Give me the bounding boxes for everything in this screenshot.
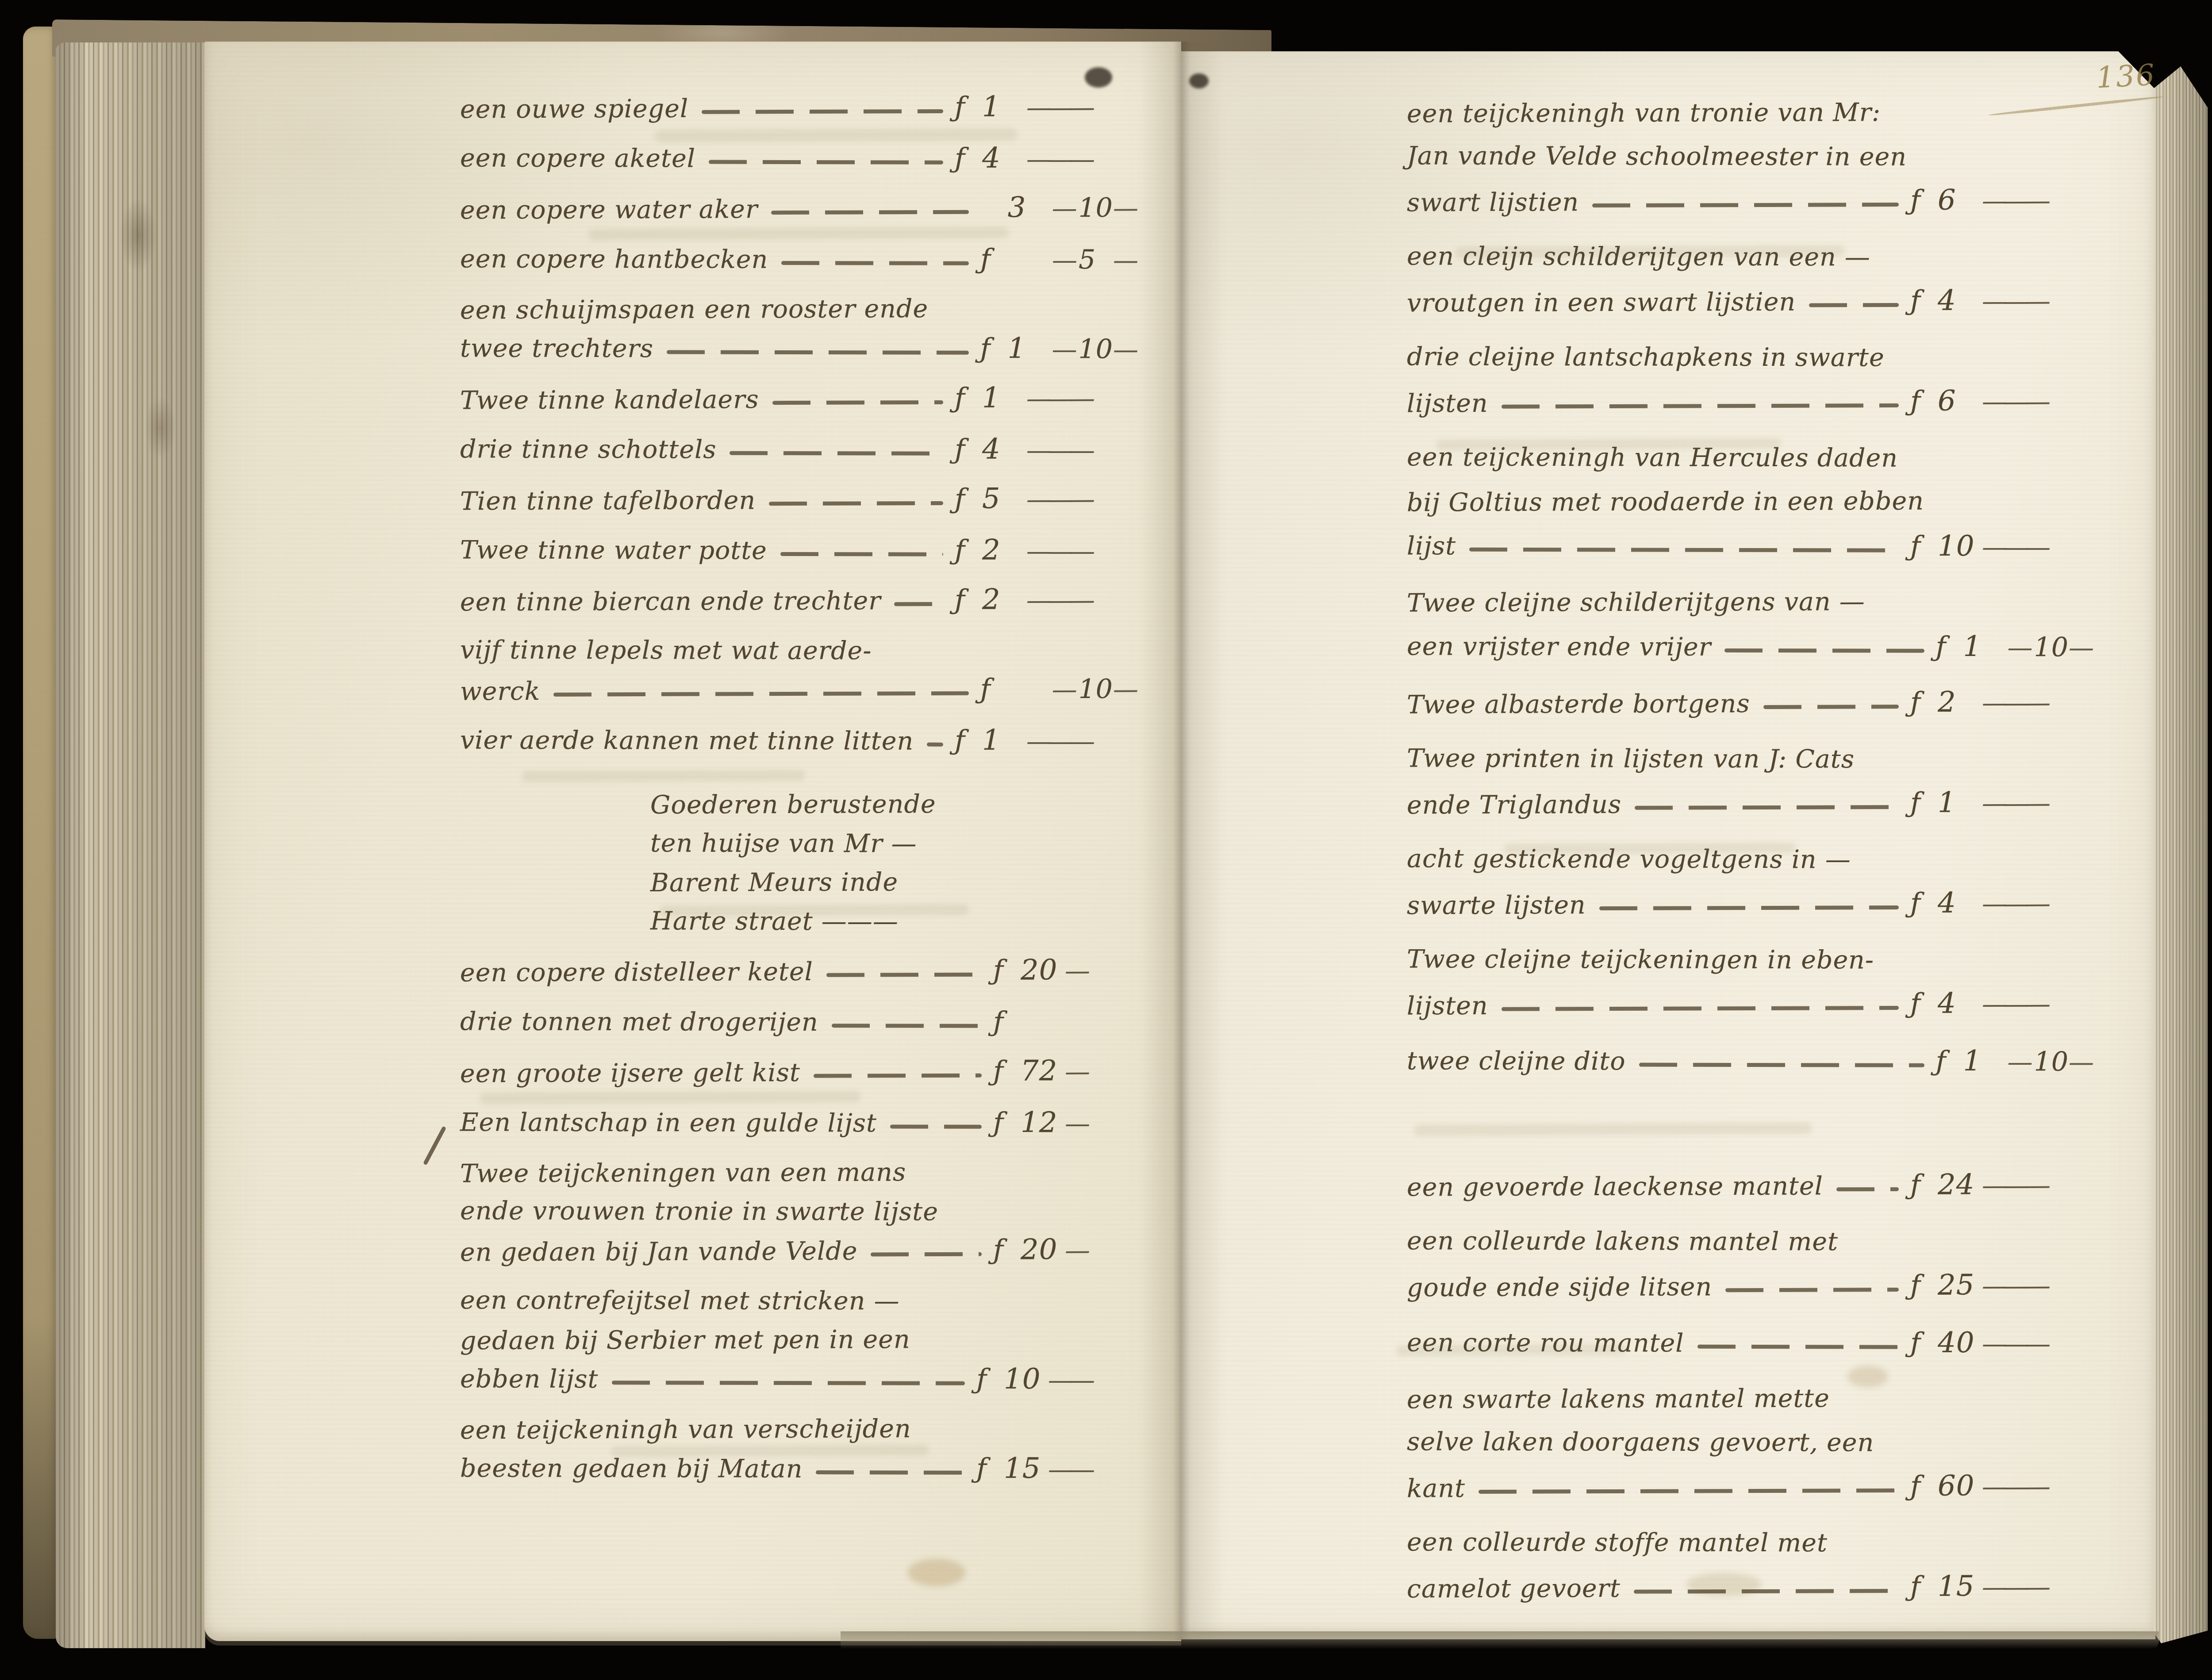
manuscript-line: vier aerde kannen met tinne litten ƒ 1 —… xyxy=(460,720,1135,761)
price-dash: ——— xyxy=(1982,882,2047,926)
guilders-amount: 10 xyxy=(1004,1360,1048,1399)
price-dash: ——— xyxy=(1982,782,2047,825)
florin-symbol: ƒ xyxy=(955,430,982,469)
item-description-text: Twee teijckeningen van een mans xyxy=(460,1153,906,1193)
item-description-text: Tien tinne tafelborden xyxy=(460,481,756,521)
guilders-amount: 2 xyxy=(982,580,1026,619)
ink-dash-leader xyxy=(1724,648,1924,652)
guilders-amount: 24 xyxy=(1938,1163,1982,1207)
item-description-text: een ouwe spiegel xyxy=(460,89,688,129)
manuscript-line: acht gestickende vogeltgens in — xyxy=(1407,837,2090,882)
guilders-amount: 1 xyxy=(1963,625,2008,669)
price-dash: ——— xyxy=(1026,379,1091,418)
manuscript-line: drie tinne schottels ƒ 4 ——— xyxy=(460,429,1135,470)
manuscript-line: een colleurde stoffe mantel met xyxy=(1407,1520,2090,1565)
manuscript-line: drie cleijne lantschapkens in swarte xyxy=(1407,335,2090,380)
guilders-amount: 3 xyxy=(1007,188,1052,227)
florin-symbol: ƒ xyxy=(955,580,982,619)
price-dash: ——— xyxy=(1982,1465,2047,1509)
item-description-text: een corte rou mantel xyxy=(1407,1321,1684,1365)
ink-dash-leader xyxy=(553,691,968,696)
folio-number: 136 xyxy=(2095,61,2156,93)
price-dash: — xyxy=(1052,670,1079,709)
manuscript-line: vroutgen in een swart lijstien ƒ 4 ——— xyxy=(1407,278,2090,326)
price-dash-end: — xyxy=(1113,670,1135,709)
ink-dash-leader xyxy=(1502,403,1899,408)
item-description-text: Twee tinne kandelaers xyxy=(460,380,759,420)
florin-symbol: ƒ xyxy=(955,479,982,518)
guilders-amount: 6 xyxy=(1938,379,1982,423)
ink-dash-leader xyxy=(1639,1062,1924,1067)
book-photograph: 136 een ouwe spiegel ƒ 1 ——— een copere … xyxy=(0,0,2212,1680)
item-description-text: Barent Meurs inde xyxy=(650,863,898,902)
florin-symbol: ƒ xyxy=(993,1230,1021,1269)
florin-symbol: ƒ xyxy=(1910,982,1938,1025)
manuscript-line: selve laken doorgaens gevoert, een xyxy=(1407,1420,2090,1465)
item-description-text: een copere water aker xyxy=(460,190,758,230)
item-description-text: een teijckeningh van Hercules daden xyxy=(1407,435,1898,480)
florin-symbol: ƒ xyxy=(1910,279,1938,322)
ink-dash-leader xyxy=(709,160,943,164)
guilders-amount: 1 xyxy=(982,378,1026,417)
item-description-text: een colleurde lakens mantel met xyxy=(1407,1219,1838,1264)
florin-symbol: ƒ xyxy=(1936,625,1963,668)
florin-symbol: ƒ xyxy=(993,1103,1021,1142)
price-dash-end: — xyxy=(1113,189,1135,228)
item-description-text: Twee albasterde bortgens xyxy=(1407,682,1750,727)
manuscript-line: lijst ƒ 10 ——— xyxy=(1407,523,2090,569)
manuscript-line: ebben lijst ƒ 10 —— xyxy=(460,1358,1135,1400)
manuscript-line: Twee albasterde bortgens ƒ 2 ——— xyxy=(1407,680,2090,727)
price-dash: — xyxy=(1052,189,1079,228)
florin-symbol: ƒ xyxy=(980,240,1008,279)
manuscript-line: swart lijstien ƒ 6 ——— xyxy=(1407,178,2090,225)
item-description-text: een swarte lakens mantel mette xyxy=(1407,1377,1830,1422)
manuscript-line: een copere distelleer ketel ƒ 20 — xyxy=(460,951,1135,993)
manuscript-line: Twee tinne water potte ƒ 2 ——— xyxy=(460,529,1135,571)
manuscript-line: camelot gevoert ƒ 15 ——— xyxy=(1407,1564,2090,1611)
paper-stain xyxy=(908,1559,965,1586)
guilders-amount: 25 xyxy=(1938,1263,1982,1307)
florin-symbol: ƒ xyxy=(1910,680,1938,724)
price-dash: ——— xyxy=(1982,525,2047,569)
ink-dash-leader xyxy=(1725,1287,1899,1292)
price-dash-end: — xyxy=(1113,241,1135,280)
guilders-amount: 60 xyxy=(1938,1464,1982,1508)
manuscript-line: een copere hantbecken ƒ — 5 — xyxy=(460,238,1135,280)
price-dash-end: — xyxy=(2069,626,2090,670)
manuscript-line: een teijckeningh van verscheijden xyxy=(460,1409,1135,1450)
guilders-amount: 15 xyxy=(1004,1449,1048,1488)
manuscript-line: swarte lijsten ƒ 4 ——— xyxy=(1407,881,2090,928)
price-dash: ——— xyxy=(1982,1264,2047,1308)
florin-symbol: ƒ xyxy=(1910,781,1938,825)
guilders-amount: 15 xyxy=(1938,1565,1982,1608)
page-bottom-edge-shadow xyxy=(841,1631,2159,1650)
manuscript-line: een cleijn schilderijtgen van een — xyxy=(1407,234,2090,280)
price-dash: ——— xyxy=(1026,88,1091,127)
manuscript-line: een contrefeijtsel met stricken — xyxy=(460,1281,1135,1321)
item-description-text: een teijckeningh van tronie van Mr: xyxy=(1407,91,1881,136)
manuscript-line: kant ƒ 60 ——— xyxy=(1407,1464,2090,1511)
florin-symbol: ƒ xyxy=(993,1002,1021,1041)
ink-dash-leader xyxy=(1634,1588,1899,1593)
florin-symbol: ƒ xyxy=(1910,1565,1938,1608)
florin-symbol: ƒ xyxy=(980,670,1007,709)
item-description-text: een colleurde stoffe mantel met xyxy=(1407,1520,1828,1565)
item-description-text: swarte lijsten xyxy=(1407,883,1586,928)
price-dash: ——— xyxy=(1026,431,1091,470)
ink-dash-leader xyxy=(1599,905,1899,910)
left-page-text-column: een ouwe spiegel ƒ 1 ——— een copere aket… xyxy=(460,77,1135,1488)
item-description-text: een gevoerde laeckense mantel xyxy=(1407,1164,1823,1209)
price-dash: ——— xyxy=(1982,982,2047,1026)
price-dash: — xyxy=(1052,330,1079,369)
item-description-text: ebben lijst xyxy=(460,1359,599,1399)
manuscript-line: goude ende sijde litsen ƒ 25 ——— xyxy=(1407,1263,2090,1310)
florin-symbol: ƒ xyxy=(955,721,982,760)
manuscript-line: een swarte lakens mantel mette xyxy=(1407,1376,2090,1422)
item-description-text: Een lantschap in een gulde lijst xyxy=(460,1103,877,1143)
price-dash: — xyxy=(1065,1231,1091,1270)
florin-symbol: ƒ xyxy=(1910,881,1938,925)
manuscript-line: Barent Meurs inde xyxy=(460,862,1135,903)
ink-dash-leader xyxy=(781,261,969,265)
item-description-text: een vrijster ende vrijer xyxy=(1407,625,1711,669)
florin-symbol: ƒ xyxy=(955,139,982,178)
price-dash: — xyxy=(1065,951,1091,990)
ink-dash-leader xyxy=(816,1470,965,1475)
item-description-text: camelot gevoert xyxy=(1407,1567,1621,1611)
guilders-amount: 20 xyxy=(1021,1230,1065,1269)
florin-symbol: ƒ xyxy=(955,88,982,127)
item-description-text: ten huijse van Mr — xyxy=(650,824,917,863)
ink-dash-leader xyxy=(730,451,943,455)
item-description-text: Twee cleijne teijckeningen in eben- xyxy=(1407,937,1874,982)
manuscript-line: twee trechters ƒ 1 — 10 — xyxy=(460,328,1135,369)
price-dash: ——— xyxy=(1982,179,2047,223)
item-description-text: ende vrouwen tronie in swarte lijste xyxy=(460,1191,938,1231)
price-dash: — xyxy=(2008,626,2034,670)
ink-dash-leader xyxy=(890,1124,982,1128)
florin-symbol: ƒ xyxy=(993,1051,1021,1090)
ink-dash-leader xyxy=(771,210,969,214)
florin-symbol: ƒ xyxy=(1936,1039,1963,1083)
price-dash-end: — xyxy=(1113,330,1135,369)
item-description-text: vier aerde kannen met tinne litten xyxy=(460,721,914,760)
item-description-text: en gedaen bij Jan vande Velde xyxy=(460,1232,858,1272)
florin-symbol: ƒ xyxy=(1910,1263,1938,1307)
florin-symbol: ƒ xyxy=(980,329,1008,368)
manuscript-line: een copere water aker 3 — 10 — xyxy=(460,188,1135,230)
manuscript-line: drie tonnen met drogerijen ƒ xyxy=(460,1001,1135,1042)
stuivers-amount: 10 xyxy=(1078,188,1113,227)
manuscript-line: een teijckeningh van tronie van Mr: xyxy=(1407,90,2090,136)
ink-dash-leader xyxy=(814,1073,982,1078)
item-description-text: lijsten xyxy=(1407,382,1488,426)
item-description-text: drie tinne schottels xyxy=(460,430,717,469)
ink-speck xyxy=(1189,73,1209,88)
right-page-block-fore-edge xyxy=(2154,66,2208,1643)
stuivers-amount: 10 xyxy=(2034,1040,2069,1084)
guilders-amount: 20 xyxy=(1021,951,1065,990)
right-page-text-column: een teijckeningh van tronie van Mr: Jan … xyxy=(1407,80,2090,1610)
ink-dash-leader xyxy=(1836,1187,1899,1191)
price-dash: ——— xyxy=(1982,681,2047,725)
manuscript-line: Goederen berustende xyxy=(460,784,1135,825)
price-dash: ——— xyxy=(1026,480,1091,519)
price-dash: ——— xyxy=(1982,1565,2047,1609)
price-dash: ——— xyxy=(1982,1322,2047,1366)
guilders-amount: 4 xyxy=(982,430,1026,469)
florin-symbol: ƒ xyxy=(976,1360,1004,1399)
item-description-text: lijst xyxy=(1407,524,1456,568)
price-dash: — xyxy=(1065,1104,1091,1143)
item-description-text: vijf tinne lepels met wat aerde- xyxy=(460,630,872,670)
price-dash: ——— xyxy=(1982,380,2047,424)
item-description-text: selve laken doorgaens gevoert, een xyxy=(1407,1420,1874,1465)
price-dash: ——— xyxy=(1026,532,1091,571)
ink-dash-leader xyxy=(1479,1488,1899,1493)
item-description-text: swart lijstien xyxy=(1407,180,1579,225)
manuscript-line: Twee teijckeningen van een mans xyxy=(460,1152,1135,1193)
guilders-amount: 1 xyxy=(982,87,1026,126)
ink-dash-leader xyxy=(894,602,943,606)
manuscript-line: bij Goltius met roodaerde in een ebben xyxy=(1407,479,2090,525)
manuscript-line: Twee tinne kandelaers ƒ 1 ——— xyxy=(460,378,1135,420)
item-description-text: Twee tinne water potte xyxy=(460,530,767,570)
price-dash: ——— xyxy=(1026,581,1091,620)
manuscript-line: Twee printen in lijsten van J: Cats xyxy=(1407,736,2090,782)
item-description-text: een groote ijsere gelt kist xyxy=(460,1053,800,1093)
item-description-text: gedaen bij Serbier met pen in een xyxy=(460,1320,910,1360)
ink-dash-leader xyxy=(927,742,943,746)
left-page-block-fore-edge xyxy=(56,42,205,1648)
manuscript-line: en gedaen bij Jan vande Velde ƒ 20 — xyxy=(460,1230,1135,1272)
ink-dash-leader xyxy=(1502,1005,1899,1011)
manuscript-line: een ouwe spiegel ƒ 1 ——— xyxy=(460,87,1135,129)
manuscript-line: beesten gedaen bij Matan ƒ 15 —— xyxy=(460,1448,1135,1489)
price-dash: ——— xyxy=(1982,280,2047,323)
ink-dash-leader xyxy=(772,400,943,404)
florin-symbol: ƒ xyxy=(976,1449,1004,1488)
manuscript-line: een gevoerde laeckense mantel ƒ 24 ——— xyxy=(1407,1162,2090,1210)
manuscript-line: ende vrouwen tronie in swarte lijste xyxy=(460,1191,1135,1231)
ink-dash-leader xyxy=(780,552,943,556)
stuivers-amount: 10 xyxy=(2034,625,2069,669)
manuscript-line: een tinne biercan ende trechter ƒ 2 ——— xyxy=(460,580,1135,622)
manuscript-line: lijsten ƒ 6 ——— xyxy=(1407,379,2090,426)
manuscript-line: gedaen bij Serbier met pen in een xyxy=(460,1319,1135,1361)
ink-dash-leader xyxy=(1635,805,1899,809)
ink-dash-leader xyxy=(667,350,969,354)
manuscript-line: Tien tinne tafelborden ƒ 5 ——— xyxy=(460,479,1135,521)
item-description-text: ende Triglandus xyxy=(1407,783,1621,828)
manuscript-line: vijf tinne lepels met wat aerde- xyxy=(460,630,1135,671)
manuscript-line: Twee cleijne teijckeningen in eben- xyxy=(1407,937,2090,982)
guilders-amount: 6 xyxy=(1938,178,1982,222)
manuscript-line: ende Triglandus ƒ 1 ——— xyxy=(1407,780,2090,828)
guilders-amount: 1 xyxy=(982,721,1026,760)
stuivers-amount: 5 xyxy=(1079,240,1113,279)
guilders-amount: 4 xyxy=(1938,881,1982,925)
manuscript-line: Twee cleijne schilderijtgens van — xyxy=(1407,579,2090,625)
item-description-text: een tinne biercan ende trechter xyxy=(460,581,881,621)
ink-dash-leader xyxy=(1809,303,1899,307)
item-description-text: Goederen berustende xyxy=(650,785,936,825)
item-description-text: drie tonnen met drogerijen xyxy=(460,1002,818,1042)
price-dash: —— xyxy=(1048,1361,1091,1400)
ink-dash-leader xyxy=(832,1024,982,1028)
florin-symbol: ƒ xyxy=(1910,1464,1938,1508)
florin-symbol: ƒ xyxy=(1910,178,1938,222)
stuivers-amount: 10 xyxy=(1078,670,1113,709)
ink-dash-leader xyxy=(826,972,982,977)
item-description-text: twee trechters xyxy=(460,329,653,368)
item-description-text: een schuijmspaen een rooster ende xyxy=(460,289,929,330)
ink-dash-leader xyxy=(702,109,943,114)
florin-symbol: ƒ xyxy=(1910,1321,1938,1365)
item-description-text: Twee printen in lijsten van J: Cats xyxy=(1407,736,1855,781)
guilders-amount: 5 xyxy=(982,479,1026,518)
price-dash: ——— xyxy=(1982,1164,2047,1208)
florin-symbol: ƒ xyxy=(955,379,982,418)
florin-symbol: ƒ xyxy=(1910,379,1938,423)
manuscript-line: een schuijmspaen een rooster ende xyxy=(460,289,1135,330)
price-dash: —— xyxy=(1048,1450,1091,1489)
price-dash: — xyxy=(2008,1040,2034,1084)
guilders-amount: 4 xyxy=(1938,982,1982,1025)
parchment-cover-edge xyxy=(23,27,58,1639)
ink-dash-leader xyxy=(1697,1344,1899,1349)
guilders-amount: 1 xyxy=(1938,781,1982,825)
item-description-text: een copere distelleer ketel xyxy=(460,952,813,993)
guilders-amount: 4 xyxy=(1938,279,1982,322)
item-description-text: Twee cleijne schilderijtgens van — xyxy=(1407,580,1865,625)
ink-dash-leader xyxy=(769,501,943,505)
item-description-text: goude ende sijde litsen xyxy=(1407,1265,1713,1310)
item-description-text: een contrefeijtsel met stricken — xyxy=(460,1281,900,1320)
guilders-amount: 4 xyxy=(982,139,1026,178)
manuscript-line: ten huijse van Mr — xyxy=(460,823,1135,863)
item-description-text: beesten gedaen bij Matan xyxy=(460,1449,803,1488)
guilders-amount: 10 xyxy=(1938,525,1982,568)
ink-dash-leader xyxy=(1592,202,1899,207)
manuscript-line: een copere aketel ƒ 4 ——— xyxy=(460,138,1135,179)
guilders-amount: 72 xyxy=(1021,1051,1065,1090)
guilders-amount: 2 xyxy=(1938,680,1982,724)
guilders-amount: 1 xyxy=(1008,329,1052,368)
manuscript-line: een groote ijsere gelt kist ƒ 72 — xyxy=(460,1051,1135,1093)
item-description-text: werck xyxy=(460,672,541,711)
item-description-text: twee cleijne dito xyxy=(1407,1039,1626,1083)
florin-symbol: ƒ xyxy=(1910,524,1938,568)
guilders-amount: 40 xyxy=(1938,1321,1982,1365)
item-description-text: een copere hantbecken xyxy=(460,239,768,279)
item-description-text: lijsten xyxy=(1407,984,1488,1028)
manuscript-line: een corte rou mantel ƒ 40 ——— xyxy=(1407,1319,2090,1366)
guilders-amount: 12 xyxy=(1021,1103,1065,1142)
ink-dash-leader xyxy=(1469,547,1899,552)
price-dash: — xyxy=(1065,1052,1091,1091)
item-description-text: Harte straet ——— xyxy=(650,901,899,941)
manuscript-line: een colleurde lakens mantel met xyxy=(1407,1219,2090,1264)
item-description-text: een teijckeningh van verscheijden xyxy=(460,1409,911,1450)
price-dash: ——— xyxy=(1026,722,1091,761)
manuscript-line: een vrijster ende vrijer ƒ 1 — 10 — xyxy=(1407,623,2090,670)
price-dash: ——— xyxy=(1026,140,1091,179)
item-description-text: bij Goltius met roodaerde in een ebben xyxy=(1407,479,1924,525)
manuscript-line: Jan vande Velde schoolmeester in een xyxy=(1407,134,2090,179)
item-description-text: een copere aketel xyxy=(460,138,695,178)
ink-dash-leader xyxy=(1763,704,1899,709)
florin-symbol: ƒ xyxy=(993,951,1021,990)
item-description-text: acht gestickende vogeltgens in — xyxy=(1407,837,1851,882)
manuscript-line: Harte straet ——— xyxy=(460,901,1135,941)
manuscript-line: twee cleijne dito ƒ 1 — 10 — xyxy=(1407,1038,2090,1084)
ink-dash-leader xyxy=(871,1252,982,1256)
florin-symbol: ƒ xyxy=(955,531,982,570)
stuivers-amount: 10 xyxy=(1079,330,1114,368)
manuscript-line: werck ƒ — 10 — xyxy=(460,669,1135,711)
manuscript-line: lijsten ƒ 4 ——— xyxy=(1407,981,2090,1028)
guilders-amount: 2 xyxy=(982,531,1026,570)
manuscript-line: Een lantschap in een gulde lijst ƒ 12 — xyxy=(460,1102,1135,1143)
item-description-text: drie cleijne lantschapkens in swarte xyxy=(1407,335,1885,380)
guilders-amount: 1 xyxy=(1963,1039,2008,1083)
price-dash-end: — xyxy=(2069,1041,2090,1085)
price-dash: — xyxy=(1052,241,1079,280)
manuscript-line: een teijckeningh van Hercules daden xyxy=(1407,435,2090,480)
item-description-text: kant xyxy=(1407,1467,1465,1511)
item-description-text: Jan vande Velde schoolmeester in een xyxy=(1407,134,1907,179)
florin-symbol: ƒ xyxy=(1910,1163,1938,1207)
item-description-text: vroutgen in een swart lijstien xyxy=(1407,280,1796,326)
item-description-text: een cleijn schilderijtgen van een — xyxy=(1407,234,1870,279)
ink-dash-leader xyxy=(612,1381,965,1385)
